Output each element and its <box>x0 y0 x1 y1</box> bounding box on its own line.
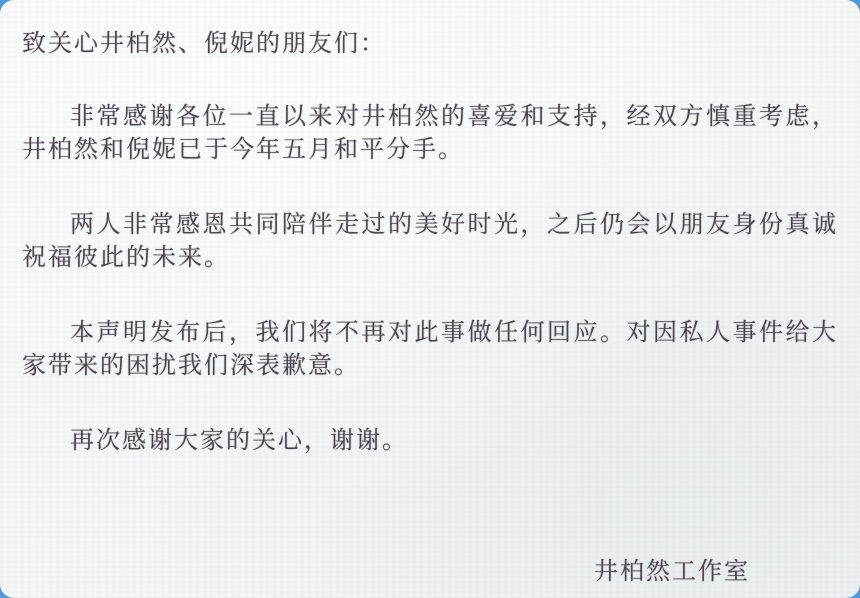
statement-document: 致关心井柏然、倪妮的朋友们： 非常感谢各位一直以来对井柏然的喜爱和支持，经双方慎… <box>0 0 860 598</box>
paragraph-closing-thanks: 再次感谢大家的关心，谢谢。 <box>22 425 838 458</box>
signature-studio-name: 井柏然工作室 <box>22 556 838 589</box>
salutation-line: 致关心井柏然、倪妮的朋友们： <box>22 28 838 61</box>
paragraph-thanks-breakup: 非常感谢各位一直以来对井柏然的喜爱和支持，经双方慎重考虑，井柏然和倪妮已于今年五… <box>22 101 838 167</box>
paragraph-gratitude-friendship: 两人非常感恩共同陪伴走过的美好时光，之后仍会以朋友身份真诚祝福彼此的未来。 <box>22 209 838 275</box>
paragraph-no-response-apology: 本声明发布后，我们将不再对此事做任何回应。对因私人事件给大家带来的困扰我们深表歉… <box>22 317 838 383</box>
